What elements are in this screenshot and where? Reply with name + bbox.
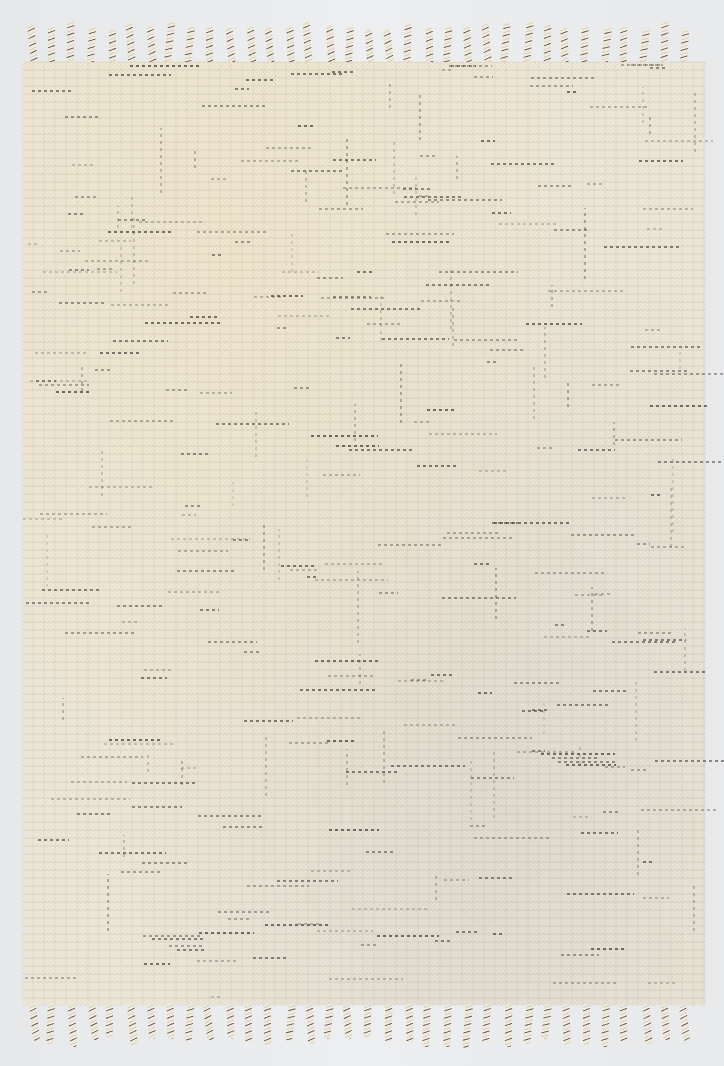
- fringe-tassel: [147, 1004, 156, 1039]
- weave-streak-vertical: [305, 171, 307, 203]
- weave-streak: [190, 316, 218, 318]
- weave-streak: [208, 641, 256, 643]
- weave-streak: [35, 352, 88, 354]
- weave-streak: [51, 798, 130, 800]
- weave-streak: [578, 449, 615, 451]
- weave-streak: [311, 435, 378, 437]
- weave-streak: [132, 782, 195, 784]
- weave-streak: [391, 765, 464, 767]
- weave-streak: [99, 852, 166, 854]
- weave-streak-vertical: [359, 654, 361, 684]
- weave-streak: [319, 208, 363, 210]
- weave-streak: [587, 183, 605, 185]
- weave-streak: [185, 505, 201, 507]
- weave-streak: [474, 837, 552, 839]
- fringe-tassel: [265, 26, 275, 64]
- weave-streak: [200, 392, 232, 394]
- weave-streak: [144, 963, 170, 965]
- weave-streak: [40, 513, 107, 515]
- weave-streak: [143, 935, 202, 937]
- weave-streak: [89, 486, 152, 488]
- weave-streak: [121, 871, 161, 873]
- weave-streak: [558, 761, 616, 763]
- weave-streak: [567, 893, 633, 895]
- fringe-tassel: [27, 24, 38, 64]
- weave-streak: [514, 682, 559, 684]
- weave-streak: [278, 315, 329, 317]
- weave-streak: [442, 597, 517, 599]
- weave-streak: [298, 923, 320, 925]
- weave-streak: [235, 88, 249, 90]
- weave-streak: [557, 704, 611, 706]
- fringe-tassel: [523, 21, 534, 65]
- weave-streak: [36, 380, 56, 382]
- weave-streak: [152, 938, 203, 940]
- weave-streak: [291, 170, 342, 172]
- weave-streak: [592, 384, 619, 386]
- weave-streak: [104, 743, 174, 745]
- weave-streak: [395, 201, 440, 203]
- fringe-tassel: [442, 25, 452, 64]
- weave-streak: [244, 651, 260, 653]
- weave-streak: [587, 630, 607, 632]
- weave-streak: [643, 639, 687, 641]
- fringe-tassel: [127, 1004, 138, 1047]
- fringe-tassel: [323, 1004, 333, 1039]
- fringe-tassel: [344, 26, 353, 64]
- weave-streak: [291, 73, 342, 75]
- weave-streak: [643, 861, 653, 863]
- weave-streak: [654, 671, 707, 673]
- weave-streak: [168, 591, 221, 593]
- fringe-tassel: [580, 26, 589, 64]
- bottom-fringe: [23, 1004, 705, 1048]
- weave-streak: [109, 74, 171, 76]
- weave-streak: [38, 839, 70, 841]
- weave-streak: [532, 709, 549, 711]
- weave-streak: [474, 563, 491, 565]
- weave-streak-vertical: [637, 827, 639, 875]
- weave-streak: [419, 195, 431, 197]
- fringe-tassel: [163, 20, 175, 64]
- weave-streak: [499, 223, 559, 225]
- fringe-tassel: [125, 23, 135, 64]
- weave-streak: [444, 879, 469, 881]
- weave-streak-vertical: [613, 422, 615, 444]
- weave-streak: [494, 522, 571, 524]
- weave-streak: [479, 470, 507, 472]
- weave-streak: [530, 85, 573, 87]
- weave-streak: [65, 116, 101, 118]
- weave-streak-vertical: [415, 177, 417, 215]
- weave-streak: [336, 445, 379, 447]
- fringe-tassel: [481, 22, 492, 64]
- weave-streak: [117, 605, 165, 607]
- fringe-tassel: [620, 26, 628, 64]
- weave-streak: [311, 870, 352, 872]
- weave-streak: [352, 908, 430, 910]
- weave-streak: [141, 677, 167, 679]
- fringe-tassel: [247, 25, 256, 64]
- fringe-tassel: [443, 1004, 452, 1047]
- weave-streak-vertical: [693, 885, 695, 931]
- weave-streak: [32, 90, 72, 92]
- fringe-tassel: [541, 1004, 552, 1039]
- weave-streak: [643, 208, 693, 210]
- weave-streak: [333, 159, 376, 161]
- weave-streak: [631, 769, 648, 771]
- weave-streak: [643, 897, 669, 899]
- weave-streak: [99, 240, 131, 242]
- fringe-tassel: [422, 1004, 431, 1047]
- weave-streak-vertical: [265, 734, 267, 796]
- weave-streak: [581, 832, 618, 834]
- weave-streak-vertical: [383, 729, 385, 783]
- weave-streak: [169, 945, 204, 947]
- weave-streak-vertical: [393, 140, 395, 194]
- fringe-tassel: [661, 21, 669, 64]
- fringe-tassel: [227, 1004, 235, 1039]
- weave-streak-vertical: [306, 459, 308, 497]
- weave-streak: [491, 163, 555, 165]
- fringe-tassel: [482, 1004, 491, 1043]
- fringe-tassel: [544, 24, 552, 64]
- weave-streak: [277, 880, 338, 882]
- weave-streak: [367, 323, 401, 325]
- weave-streak: [590, 106, 647, 108]
- weave-streak-vertical: [346, 749, 348, 785]
- weave-streak: [200, 609, 219, 611]
- weave-streak: [517, 751, 575, 753]
- weave-streak-vertical: [389, 84, 391, 108]
- weave-streak: [658, 461, 724, 463]
- weave-streak-vertical: [194, 149, 196, 167]
- weave-streak-vertical: [123, 835, 125, 857]
- weave-streak: [173, 292, 209, 294]
- weave-streak: [254, 296, 281, 298]
- fringe-tassel: [403, 23, 411, 64]
- weave-streak-vertical: [649, 117, 651, 134]
- weave-streak: [535, 572, 607, 574]
- weave-streak: [458, 737, 532, 739]
- weave-streak: [647, 228, 666, 230]
- weave-streak: [630, 370, 689, 372]
- weave-streak: [329, 829, 379, 831]
- fringe-tassel: [185, 1004, 195, 1041]
- weave-streak: [132, 806, 182, 808]
- weave-streak: [447, 532, 500, 534]
- weave-streak: [122, 621, 139, 623]
- weave-streak: [531, 77, 595, 79]
- weave-streak: [71, 781, 128, 783]
- weave-streak-vertical: [278, 529, 280, 580]
- weave-streak: [639, 160, 683, 162]
- weave-streak: [573, 816, 589, 818]
- weave-streak: [479, 877, 514, 879]
- weave-streak: [552, 757, 599, 759]
- weave-streak: [442, 69, 453, 71]
- weave-streak-vertical: [147, 754, 149, 772]
- weave-streak: [142, 862, 189, 864]
- weave-streak: [65, 632, 136, 634]
- fringe-tassel: [384, 1004, 391, 1042]
- fringe-tassel: [28, 1004, 39, 1041]
- top-fringe: [23, 20, 705, 64]
- weave-streak-vertical: [493, 750, 495, 817]
- weave-streak: [266, 147, 312, 149]
- weave-streak: [216, 423, 289, 425]
- weave-streak: [655, 760, 724, 762]
- weave-streak: [431, 674, 455, 676]
- fringe-tassel: [87, 27, 97, 64]
- weave-streak: [645, 329, 663, 331]
- weave-streak-vertical: [346, 135, 348, 205]
- fringe-tassel: [264, 1004, 271, 1046]
- weave-streak-vertical: [120, 247, 122, 291]
- weave-streak: [297, 717, 361, 719]
- fringe-tassel: [501, 22, 512, 64]
- weave-streak: [294, 387, 312, 389]
- fringe-tassel: [244, 1004, 252, 1043]
- weave-streak: [351, 308, 423, 310]
- weave-streak-vertical: [101, 449, 103, 495]
- weave-streak: [604, 246, 679, 248]
- weave-streak: [171, 538, 250, 540]
- weave-streak: [325, 563, 382, 565]
- weave-streak: [211, 178, 229, 180]
- weave-streak: [571, 534, 637, 536]
- weave-streak-vertical: [679, 351, 681, 369]
- weave-streak: [591, 948, 628, 950]
- weave-streak: [218, 911, 270, 913]
- weave-streak: [144, 669, 172, 671]
- weave-streak: [223, 826, 265, 828]
- weave-streak: [411, 679, 429, 681]
- weave-streak-vertical: [533, 365, 535, 418]
- weave-streak: [561, 954, 599, 956]
- weave-streak: [645, 140, 713, 142]
- weave-streak: [386, 233, 455, 235]
- weave-streak: [109, 739, 160, 741]
- weave-streak: [526, 323, 582, 325]
- weave-streak: [638, 632, 671, 634]
- fringe-tassel: [305, 1004, 314, 1045]
- weave-streak: [75, 196, 95, 198]
- weave-streak: [555, 624, 567, 626]
- fringe-tassel: [601, 1004, 610, 1047]
- weave-streak: [592, 497, 628, 499]
- weave-streak-vertical: [579, 746, 581, 764]
- weave-streak-vertical: [543, 703, 545, 734]
- weave-streak: [382, 338, 449, 340]
- weave-streak: [85, 260, 151, 262]
- weave-streak: [317, 277, 343, 279]
- weave-streak: [130, 65, 199, 67]
- weave-streak: [177, 570, 234, 572]
- weave-streak-vertical: [551, 285, 553, 307]
- weave-streak-vertical: [354, 404, 356, 441]
- weave-streak: [650, 67, 667, 69]
- weave-streak: [650, 405, 710, 407]
- weave-streak-vertical: [591, 587, 593, 631]
- weave-streak: [481, 140, 495, 142]
- fringe-tassel: [504, 1004, 511, 1047]
- weave-streak-vertical: [672, 458, 674, 532]
- weave-streak: [404, 724, 455, 726]
- fringe-tassel: [68, 1004, 78, 1047]
- weave-streak: [317, 930, 373, 932]
- fringe-tassel: [639, 29, 650, 64]
- weave-streak: [329, 978, 403, 980]
- weave-streak: [553, 982, 616, 984]
- fringe-tassel: [642, 1004, 652, 1045]
- weave-streak: [426, 284, 490, 286]
- product-photo: [0, 0, 724, 1066]
- fringe-tassel: [462, 1004, 473, 1048]
- weave-streak: [92, 526, 131, 528]
- weave-streak: [197, 960, 238, 962]
- fringe-tassel: [364, 28, 373, 64]
- weave-streak: [139, 221, 204, 223]
- weave-streak-vertical: [46, 535, 48, 587]
- weave-streak: [641, 809, 716, 811]
- fringe-tassel: [48, 26, 55, 64]
- weave-streak: [470, 825, 488, 827]
- weave-streak: [241, 160, 299, 162]
- weave-streak: [621, 64, 660, 66]
- weave-streak-vertical: [452, 305, 454, 347]
- weave-streak: [615, 439, 683, 441]
- weave-streak: [211, 996, 222, 998]
- weave-streak: [603, 811, 618, 813]
- weave-streak: [182, 514, 197, 516]
- weave-streak: [212, 254, 222, 256]
- weave-streak: [26, 602, 90, 604]
- weave-streak: [68, 213, 85, 215]
- weave-streak: [315, 579, 388, 581]
- weave-streak: [244, 720, 293, 722]
- weave-streak: [392, 241, 452, 243]
- weave-streak-vertical: [232, 478, 234, 507]
- weave-streak: [548, 290, 624, 292]
- weave-streak: [95, 369, 112, 371]
- weave-streak: [60, 250, 80, 252]
- weave-streak: [420, 155, 436, 157]
- weave-streak-vertical: [670, 484, 672, 547]
- fringe-tassel: [183, 25, 194, 64]
- weave-streak: [145, 322, 220, 324]
- weave-streak: [42, 589, 101, 591]
- fringe-tassel: [661, 1004, 671, 1040]
- rug: [23, 62, 705, 1005]
- weave-streak: [202, 105, 266, 107]
- weave-streak-vertical: [160, 128, 162, 193]
- weave-streak-vertical: [255, 408, 257, 457]
- fringe-tassel: [106, 1004, 113, 1038]
- weave-streak-vertical: [380, 296, 382, 340]
- fringe-tassel: [463, 25, 472, 64]
- weave-streak: [290, 569, 317, 571]
- weave-streak-vertical: [584, 208, 586, 279]
- fringe-tassel: [679, 1004, 690, 1042]
- weave-streak: [81, 756, 143, 758]
- weave-streak: [654, 373, 724, 375]
- weave-streak: [490, 349, 524, 351]
- weave-streak: [417, 465, 459, 467]
- fringe-tassel: [88, 1004, 99, 1040]
- weave-streak: [404, 196, 462, 198]
- weave-streak: [429, 433, 498, 435]
- fringe-tassel: [303, 21, 313, 65]
- weave-streak: [541, 753, 615, 755]
- fringe-tassel: [46, 1004, 55, 1045]
- weave-streak: [414, 421, 430, 423]
- weave-streak: [315, 660, 379, 662]
- weave-streak: [108, 231, 173, 233]
- weave-streak: [59, 302, 104, 304]
- weave-streak: [487, 361, 499, 363]
- weave-streak: [110, 420, 176, 422]
- weave-streak: [289, 742, 328, 744]
- weave-streak-vertical: [456, 156, 458, 179]
- weave-streak: [427, 409, 458, 411]
- weave-streak: [321, 297, 386, 299]
- weave-streak: [377, 935, 439, 937]
- weave-streak: [28, 243, 41, 245]
- fringe-tassel: [342, 1004, 352, 1039]
- weave-streak: [648, 982, 677, 984]
- weave-streak-vertical: [107, 874, 109, 932]
- weave-streak-vertical: [291, 232, 293, 272]
- weave-streak: [538, 185, 573, 187]
- fringe-tassel: [205, 26, 212, 64]
- weave-streak-vertical: [694, 89, 696, 153]
- weave-streak: [178, 550, 228, 552]
- weave-streak-vertical: [400, 364, 402, 423]
- weave-streak: [113, 340, 168, 342]
- weave-streak: [300, 689, 377, 691]
- weave-streak: [651, 546, 687, 548]
- fringe-tassel: [226, 27, 236, 64]
- weave-streak: [443, 537, 515, 539]
- weave-streak: [97, 268, 115, 270]
- weave-streak: [228, 918, 252, 920]
- weave-streak: [456, 931, 479, 933]
- weave-streak: [56, 391, 90, 393]
- fringe-tassel: [583, 1004, 590, 1046]
- weave-streak: [23, 518, 65, 520]
- weave-streak-vertical: [117, 206, 119, 228]
- weave-streak: [197, 231, 266, 233]
- weave-streak: [281, 565, 317, 567]
- fringe-tassel: [364, 1004, 372, 1038]
- weave-streak: [631, 346, 703, 348]
- weave-streak: [72, 164, 95, 166]
- weave-streak: [25, 977, 79, 979]
- weave-streak-vertical: [567, 383, 569, 408]
- weave-streak-vertical: [450, 267, 452, 329]
- fringe-tassel: [326, 25, 335, 64]
- fringe-tassel: [146, 25, 156, 64]
- fringe-tassel: [383, 29, 394, 64]
- fringe-tassel: [562, 1004, 570, 1045]
- weave-streak: [253, 957, 289, 959]
- weave-streak: [378, 544, 441, 546]
- weave-streak: [366, 851, 394, 853]
- weave-streak: [421, 300, 462, 302]
- weave-streak: [651, 494, 662, 496]
- weave-streak-vertical: [419, 94, 421, 141]
